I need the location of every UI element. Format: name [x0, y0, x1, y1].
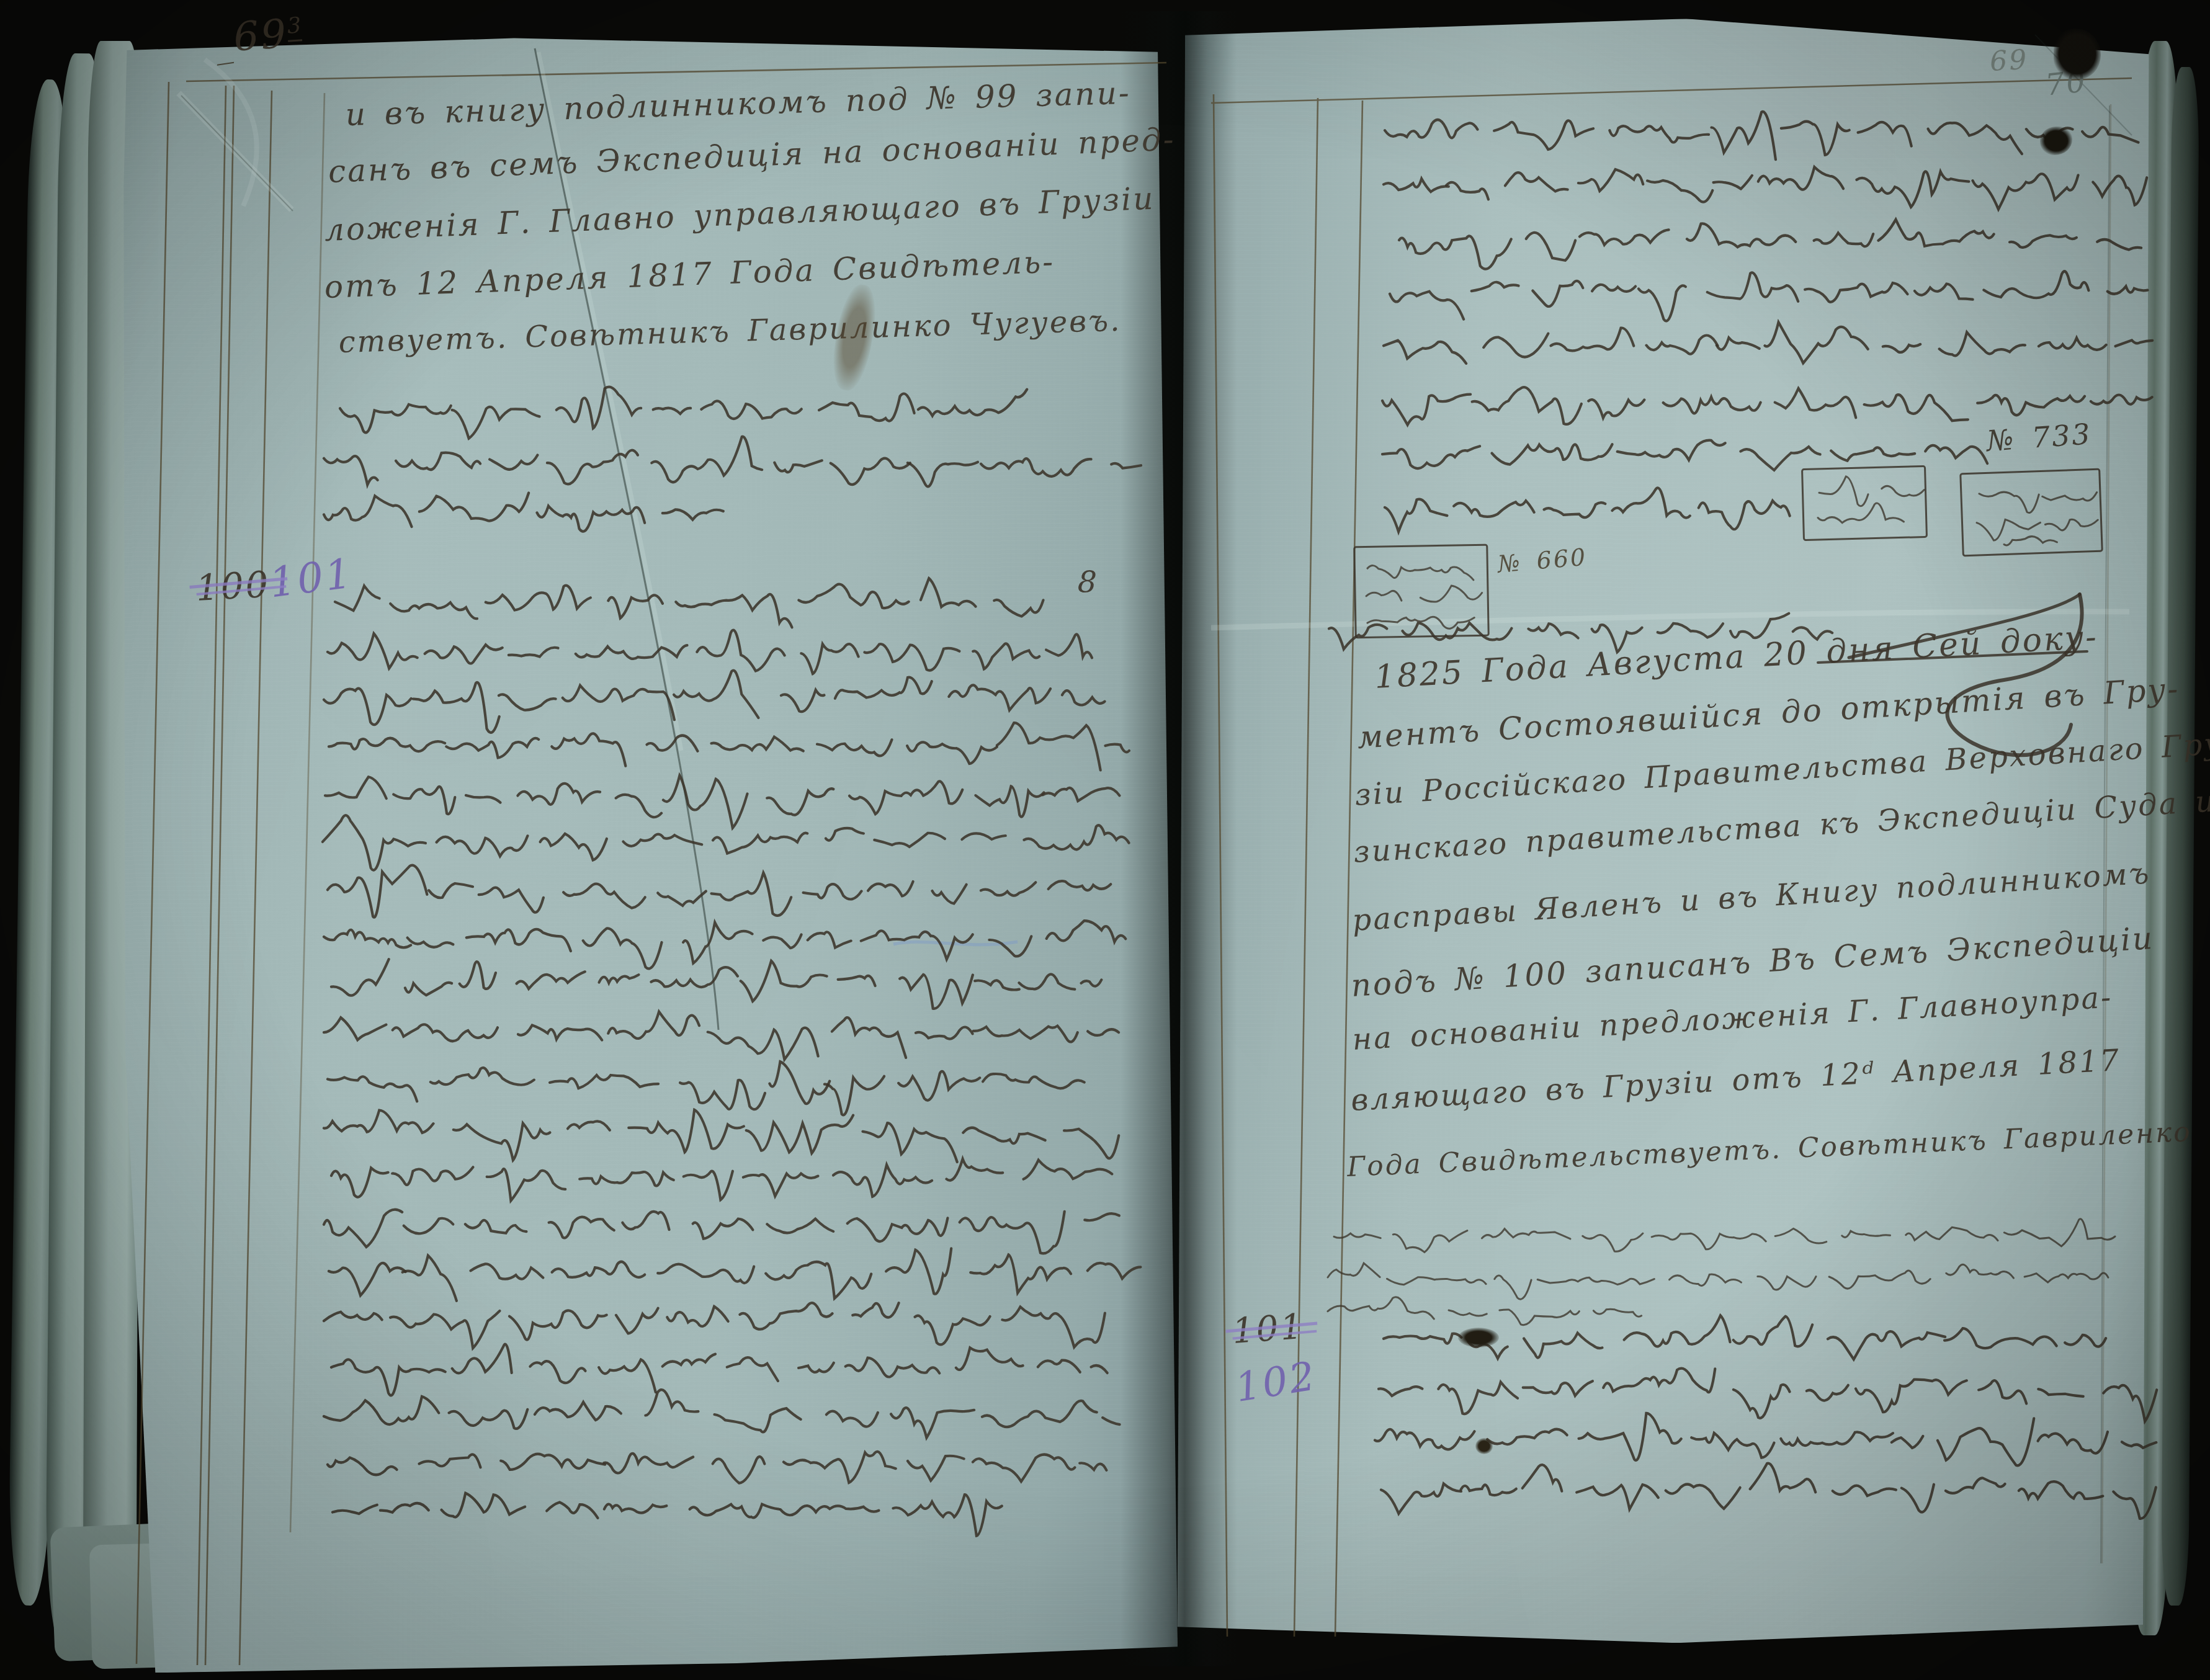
- handwriting-line: [1593, 1309, 1641, 1316]
- handwriting-line: [1024, 1160, 1112, 1179]
- handwriting-line: [645, 1390, 698, 1415]
- handwriting-line: [1049, 881, 1111, 890]
- margin-old-number: 100: [195, 563, 271, 609]
- handwriting-line: [2091, 395, 2152, 404]
- handwriting-line: [1883, 344, 1920, 352]
- handwriting-line: [1712, 112, 1776, 159]
- handwriting-line: [2004, 537, 2057, 545]
- handwriting-line: [1111, 463, 1141, 468]
- handwriting-line: [1002, 1307, 1105, 1347]
- handwriting-line: [2116, 340, 2153, 346]
- handwriting-line: [1691, 1433, 1774, 1458]
- handwriting-line: [1579, 1413, 1681, 1460]
- handwriting-line: [328, 865, 427, 918]
- handwriting-line: [674, 671, 759, 718]
- handwriting-line: [663, 509, 723, 519]
- handwriting-line: [328, 633, 418, 668]
- handwriting-line: [540, 834, 607, 860]
- handwriting-line: [1461, 1485, 1516, 1496]
- handwriting-line: [908, 462, 978, 486]
- handwriting-line: [333, 1505, 377, 1514]
- handwriting-line: [1524, 1333, 1602, 1358]
- handwriting-line: [1592, 285, 1635, 292]
- handwriting-line: [2042, 493, 2097, 501]
- handwriting-line: [557, 387, 641, 429]
- handwriting-line: [449, 1410, 528, 1429]
- handwriting-line: [466, 795, 500, 803]
- handwriting-line: [1939, 333, 2025, 356]
- handwriting-line: [1085, 1213, 1119, 1220]
- handwriting-line: [1617, 440, 1725, 460]
- handwriting-line: [1580, 230, 1669, 244]
- handwriting-line: [1714, 176, 1752, 189]
- handwriting-line: [403, 1256, 457, 1301]
- handwriting-line: [509, 1310, 607, 1339]
- handwriting-line: [1717, 337, 1760, 349]
- handwriting-line: [2093, 176, 2147, 205]
- handwriting-line: [2103, 1385, 2157, 1421]
- handwriting-line: [1468, 1341, 1508, 1359]
- handwriting-line: [799, 1363, 834, 1372]
- handwriting-line: [1781, 1432, 1893, 1445]
- handwriting-line: [1977, 395, 2085, 415]
- handwriting-line: [1758, 167, 1843, 189]
- handwriting-line: [324, 1396, 439, 1424]
- handwriting-line: [2038, 1389, 2083, 1396]
- handwriting-line: [1906, 1227, 1998, 1240]
- handwriting-line: [547, 1503, 597, 1518]
- handwriting-line: [647, 735, 698, 751]
- handwriting-line: [1438, 1382, 1518, 1414]
- handwriting-line: [1699, 501, 1790, 529]
- margin-dash: —: [215, 50, 238, 74]
- manuscript-scan: 693—и въ книгу подлинникомъ под № 99 зап…: [0, 0, 2210, 1680]
- handwriting-line: [997, 723, 1101, 770]
- handwriting-line: [1882, 486, 1925, 496]
- handwriting-line: [1946, 1264, 2014, 1278]
- handwriting-line: [1495, 1276, 1531, 1299]
- handwriting-line: [1387, 1277, 1487, 1285]
- handwriting-line: [653, 408, 691, 414]
- handwriting-line: [1609, 126, 1709, 142]
- handwriting-line: [1856, 1380, 1967, 1412]
- handwriting-line: [831, 458, 910, 485]
- handwriting-line: [599, 1360, 655, 1393]
- handwriting-line: [663, 1354, 715, 1367]
- handwriting-line: [1663, 397, 1761, 413]
- handwriting-line: [518, 1025, 602, 1040]
- handwriting-line: [962, 833, 1006, 839]
- handwriting-line: [693, 1219, 753, 1239]
- handwriting-line: [1666, 1484, 1740, 1508]
- handwriting-line: [2026, 128, 2073, 140]
- handwriting-line: [535, 1402, 621, 1420]
- handwriting-line: [763, 934, 801, 948]
- handwriting-line: [537, 506, 645, 532]
- handwriting-line: [413, 682, 499, 733]
- handwriting-line: [727, 1357, 778, 1381]
- handwriting-line: [1528, 623, 1578, 638]
- handwriting-line: [684, 1171, 733, 1200]
- handwriting-line: [915, 1316, 990, 1345]
- handwriting-line: [517, 784, 600, 805]
- handwriting-line: [1652, 1233, 1766, 1249]
- handwriting-line: [2010, 235, 2077, 248]
- handwriting-line: [781, 690, 824, 712]
- handwriting-line: [1979, 492, 2039, 512]
- handwriting-line: [1781, 122, 1850, 155]
- handwriting-line: [2065, 1335, 2106, 1347]
- handwriting-line: [900, 975, 973, 1009]
- handwriting-line: [1382, 446, 1480, 468]
- handwriting-line: [713, 1457, 765, 1483]
- handwriting-line: [465, 1220, 527, 1233]
- handwriting-line: [393, 787, 455, 814]
- handwriting-line: [501, 1454, 605, 1470]
- ink-layer: [0, 0, 2210, 1680]
- handwriting-line: [517, 972, 585, 989]
- handwriting-line: [328, 1458, 397, 1475]
- handwriting-line: [982, 1401, 1097, 1427]
- handwriting-line: [460, 962, 496, 989]
- handwriting-line: [1367, 566, 1474, 580]
- handwriting-line: [712, 737, 803, 751]
- handwriting-line: [2097, 239, 2141, 250]
- handwriting-line: [949, 685, 1050, 710]
- handwriting-line: [1483, 334, 1548, 357]
- handwriting-line: [1532, 281, 1583, 306]
- handwriting-line: [325, 777, 387, 798]
- handwriting-line: [324, 456, 378, 485]
- handwriting-line: [933, 885, 967, 904]
- handwriting-line: [708, 1028, 818, 1060]
- handwriting-line: [2045, 519, 2098, 530]
- handwriting-line: [392, 1167, 473, 1185]
- handwriting-line: [1892, 1436, 1923, 1448]
- handwriting-line: [2004, 1219, 2115, 1246]
- handwriting-line: [1494, 120, 1593, 150]
- handwriting-line: [499, 694, 556, 710]
- handwriting-line: [1038, 1361, 1080, 1372]
- handwriting-line: [784, 1452, 896, 1483]
- margin-new-number: 101: [267, 550, 356, 607]
- handwriting-line: [1647, 335, 1718, 354]
- handwriting-line: [331, 1359, 445, 1395]
- handwriting-line: [329, 1263, 406, 1295]
- handwriting-line: [1647, 181, 1712, 202]
- handwriting-line: [1472, 387, 1581, 424]
- handwriting-line: [863, 1123, 957, 1162]
- handwriting-line: [1492, 444, 1613, 465]
- handwriting-line: [658, 1264, 754, 1283]
- handwriting-line: [1544, 503, 1606, 517]
- handwriting-line: [1046, 634, 1092, 658]
- handwriting-line: [1080, 1463, 1106, 1470]
- handwriting-line: [825, 1076, 884, 1115]
- handwriting-line: [740, 1303, 833, 1329]
- handwriting-line: [667, 1307, 728, 1326]
- handwriting-line: [550, 1075, 658, 1088]
- handwriting-line: [1758, 1276, 1816, 1290]
- handwriting-line: [324, 1017, 386, 1040]
- handwriting-line: [1523, 1381, 1593, 1396]
- margin-old-number: 101: [1231, 1307, 1305, 1352]
- handwriting-line: [1805, 283, 1907, 302]
- handwriting-line: [1613, 488, 1690, 517]
- handwriting-line: [1449, 1310, 1487, 1316]
- handwriting-line: [2108, 287, 2148, 294]
- handwriting-line: [579, 1172, 673, 1186]
- handwriting-line: [324, 496, 412, 527]
- handwriting-line: [454, 1124, 550, 1161]
- handwriting-line: [1979, 1380, 2026, 1403]
- handwriting-line: [405, 983, 452, 995]
- handwriting-line: [331, 959, 389, 996]
- handwriting-line: [1944, 1328, 2057, 1348]
- handwriting-line: [1765, 322, 1868, 363]
- handwriting-line: [604, 1454, 694, 1473]
- handwriting-line: [1814, 233, 1874, 247]
- handwriting-line: [908, 1456, 964, 1481]
- handwriting-line: [1064, 1129, 1119, 1158]
- handwriting-line: [442, 1493, 526, 1517]
- handwriting-line: [408, 938, 454, 947]
- handwriting-line: [2024, 1273, 2108, 1282]
- handwriting-line: [741, 961, 827, 1001]
- handwriting-line: [918, 390, 1027, 416]
- handwriting-line: [2019, 1481, 2103, 1499]
- handwriting-line: [680, 1080, 765, 1109]
- handwriting-line: [1382, 395, 1470, 425]
- handwriting-line: [826, 828, 864, 841]
- handwriting-line: [808, 932, 851, 947]
- handwriting-line: [1578, 169, 1643, 191]
- handwriting-line: [1385, 120, 1477, 138]
- handwriting-line: [676, 594, 792, 627]
- handwriting-line: [769, 1061, 830, 1104]
- handwriting-line: [1639, 285, 1686, 321]
- handwriting-line: [568, 1121, 610, 1130]
- handwriting-line: [849, 781, 962, 814]
- handwriting-line: [467, 929, 571, 951]
- handwriting-line: [846, 1358, 940, 1377]
- handwriting-line: [576, 645, 687, 659]
- handwriting-line: [774, 460, 822, 472]
- handwriting-line: [973, 1454, 1075, 1481]
- handwriting-line: [712, 873, 792, 916]
- handwriting-line: [608, 1012, 699, 1039]
- handwriting-line: [898, 1071, 980, 1101]
- handwriting-line: [801, 644, 858, 674]
- handwriting-line: [1081, 980, 1102, 986]
- handwriting-line: [960, 1212, 1065, 1254]
- handwriting-line: [530, 1361, 585, 1383]
- handwriting-line: [1734, 1385, 1790, 1418]
- handwriting-line: [1379, 1387, 1422, 1396]
- handwriting-line: [1042, 788, 1119, 801]
- handwriting-line: [437, 836, 528, 856]
- handwriting-line: [1775, 1228, 1827, 1243]
- handwriting-line: [1381, 1484, 1461, 1514]
- handwriting-line: [622, 1212, 669, 1230]
- handwriting-line: [1878, 220, 1993, 246]
- handwriting-line: [324, 1210, 402, 1247]
- handwriting-line: [509, 648, 558, 657]
- handwriting-line: [835, 677, 932, 699]
- handwriting-line: [865, 644, 960, 670]
- handwriting-line: [1482, 1229, 1570, 1239]
- handwriting-line: [1487, 1429, 1567, 1445]
- handwriting-line: [324, 930, 411, 948]
- handwriting-line: [1588, 400, 1644, 418]
- handwriting-line: [419, 493, 529, 521]
- handwriting-line: [1741, 447, 1820, 470]
- handwriting-line: [1328, 1263, 1380, 1277]
- handwriting-line: [868, 882, 913, 896]
- handwriting-line: [1807, 1385, 1848, 1401]
- handwriting-line: [1393, 1231, 1467, 1253]
- handwriting-line: [1938, 1418, 2034, 1465]
- handwriting-line: [1658, 623, 1723, 638]
- handwriting-line: [1537, 1277, 1654, 1284]
- handwriting-line: [1384, 179, 1449, 192]
- handwriting-line: [1328, 1297, 1434, 1319]
- signature-flourish: [1818, 594, 2087, 755]
- handwriting-line: [701, 401, 801, 419]
- handwriting-line: [452, 1344, 512, 1374]
- handwriting-line: [1103, 1418, 1120, 1424]
- handwriting-line: [331, 1168, 388, 1197]
- handwriting-line: [1505, 172, 1568, 191]
- handwriting-line: [1833, 1486, 1896, 1496]
- handwriting-line: [886, 1248, 951, 1294]
- handwriting-line: [1925, 445, 1987, 463]
- handwriting-line: [1842, 1231, 1890, 1237]
- handwriting-line: [471, 1264, 544, 1279]
- handwriting-line: [819, 394, 915, 421]
- handwriting-line: [1828, 1331, 1945, 1359]
- handwriting-line: [1750, 1463, 1816, 1493]
- handwriting-line: [1375, 1429, 1475, 1450]
- handwriting-line: [1384, 341, 1466, 364]
- handwriting-line: [817, 739, 892, 756]
- handwriting-line: [975, 786, 1044, 816]
- handwriting-line: [1047, 921, 1126, 942]
- handwriting-line: [743, 1174, 818, 1196]
- handwriting-line: [340, 404, 451, 432]
- handwriting-line: [616, 1308, 658, 1334]
- handwriting-line: [1385, 499, 1447, 532]
- handwriting-line: [1864, 395, 1968, 421]
- handwriting-line: [1583, 1233, 1643, 1251]
- handwriting-line: [1088, 1263, 1141, 1279]
- handwriting-line: [973, 1026, 1078, 1042]
- handwriting-line: [766, 1262, 871, 1298]
- handwriting-line: [852, 1303, 899, 1317]
- handwriting-line: [324, 1312, 382, 1321]
- handwriting-line: [425, 645, 503, 663]
- handwriting-line: [1946, 1478, 2005, 1493]
- handwriting-line: [329, 738, 445, 751]
- handwriting-line: [1024, 825, 1129, 849]
- handwriting-line: [2039, 338, 2106, 350]
- handwriting-line: [1857, 171, 1969, 207]
- handwriting-line: [1390, 292, 1464, 319]
- handwriting-line: [393, 1024, 498, 1041]
- handwriting-line: [429, 883, 473, 898]
- handwriting-line: [970, 1254, 1071, 1293]
- handwriting-line: [1366, 591, 1402, 601]
- handwriting-line: [563, 686, 674, 720]
- handwriting-line: [781, 1506, 879, 1515]
- handwriting-line: [490, 455, 537, 470]
- handwriting-line: [1734, 1316, 1812, 1347]
- handwriting-line: [799, 584, 908, 609]
- handwriting-line: [1670, 1274, 1742, 1285]
- handwriting-line: [1577, 1485, 1658, 1509]
- handwriting-line: [549, 1217, 614, 1238]
- pencil-folio-69: 69: [1989, 44, 2029, 78]
- folio-number: 693: [232, 10, 303, 60]
- handwriting-line: [989, 936, 1031, 956]
- handwriting-line: [583, 928, 662, 968]
- handwriting-line: [983, 1074, 1085, 1088]
- handwriting-line: [921, 578, 976, 607]
- handwriting-line: [1420, 586, 1482, 602]
- handwriting-line: [973, 643, 1039, 669]
- handwriting-line: [994, 600, 1043, 617]
- handwriting-line: [479, 888, 544, 913]
- handwriting-line: [746, 1115, 853, 1153]
- handwriting-line: [663, 775, 748, 828]
- entry2-ref-8: 8: [1077, 565, 1099, 600]
- handwriting-line: [599, 975, 639, 983]
- handwriting-line: [891, 1408, 974, 1437]
- handwriting-line: [956, 1347, 1023, 1370]
- handwriting-line: [1973, 174, 2078, 209]
- handwriting-line: [380, 1503, 429, 1512]
- handwriting-line: [328, 1076, 417, 1101]
- handwriting-line: [1088, 1029, 1119, 1035]
- handwriting-line: [767, 1219, 833, 1233]
- handwriting-line: [2122, 1442, 2157, 1448]
- handwriting-line: [1858, 122, 1912, 146]
- handwriting-line: [446, 738, 539, 758]
- handwriting-line: [1384, 1334, 1461, 1344]
- handwriting-line: [552, 733, 625, 766]
- handwriting-line: [431, 1068, 534, 1085]
- handwriting-line: [552, 1262, 645, 1277]
- handwriting-line: [981, 882, 1036, 895]
- handwriting-line: [1819, 476, 1868, 506]
- handwriting-line: [1019, 974, 1075, 989]
- handwriting-line: [396, 453, 480, 470]
- handwriting-line: [803, 884, 862, 899]
- handwriting-line: [324, 689, 411, 725]
- handwriting-line: [624, 834, 702, 846]
- handwriting-line: [848, 1218, 948, 1241]
- handwriting-line: [486, 586, 591, 610]
- handwriting-line: [832, 1017, 906, 1058]
- handwriting-line: [1500, 1310, 1580, 1325]
- handwriting-line: [907, 742, 997, 764]
- handwriting-line: [390, 602, 477, 619]
- handwriting-line: [690, 1504, 779, 1518]
- handwriting-line: [1526, 233, 1575, 261]
- handwriting-line: [658, 891, 706, 906]
- handwriting-line: [1446, 182, 1488, 200]
- handwriting-line: [963, 1128, 1045, 1143]
